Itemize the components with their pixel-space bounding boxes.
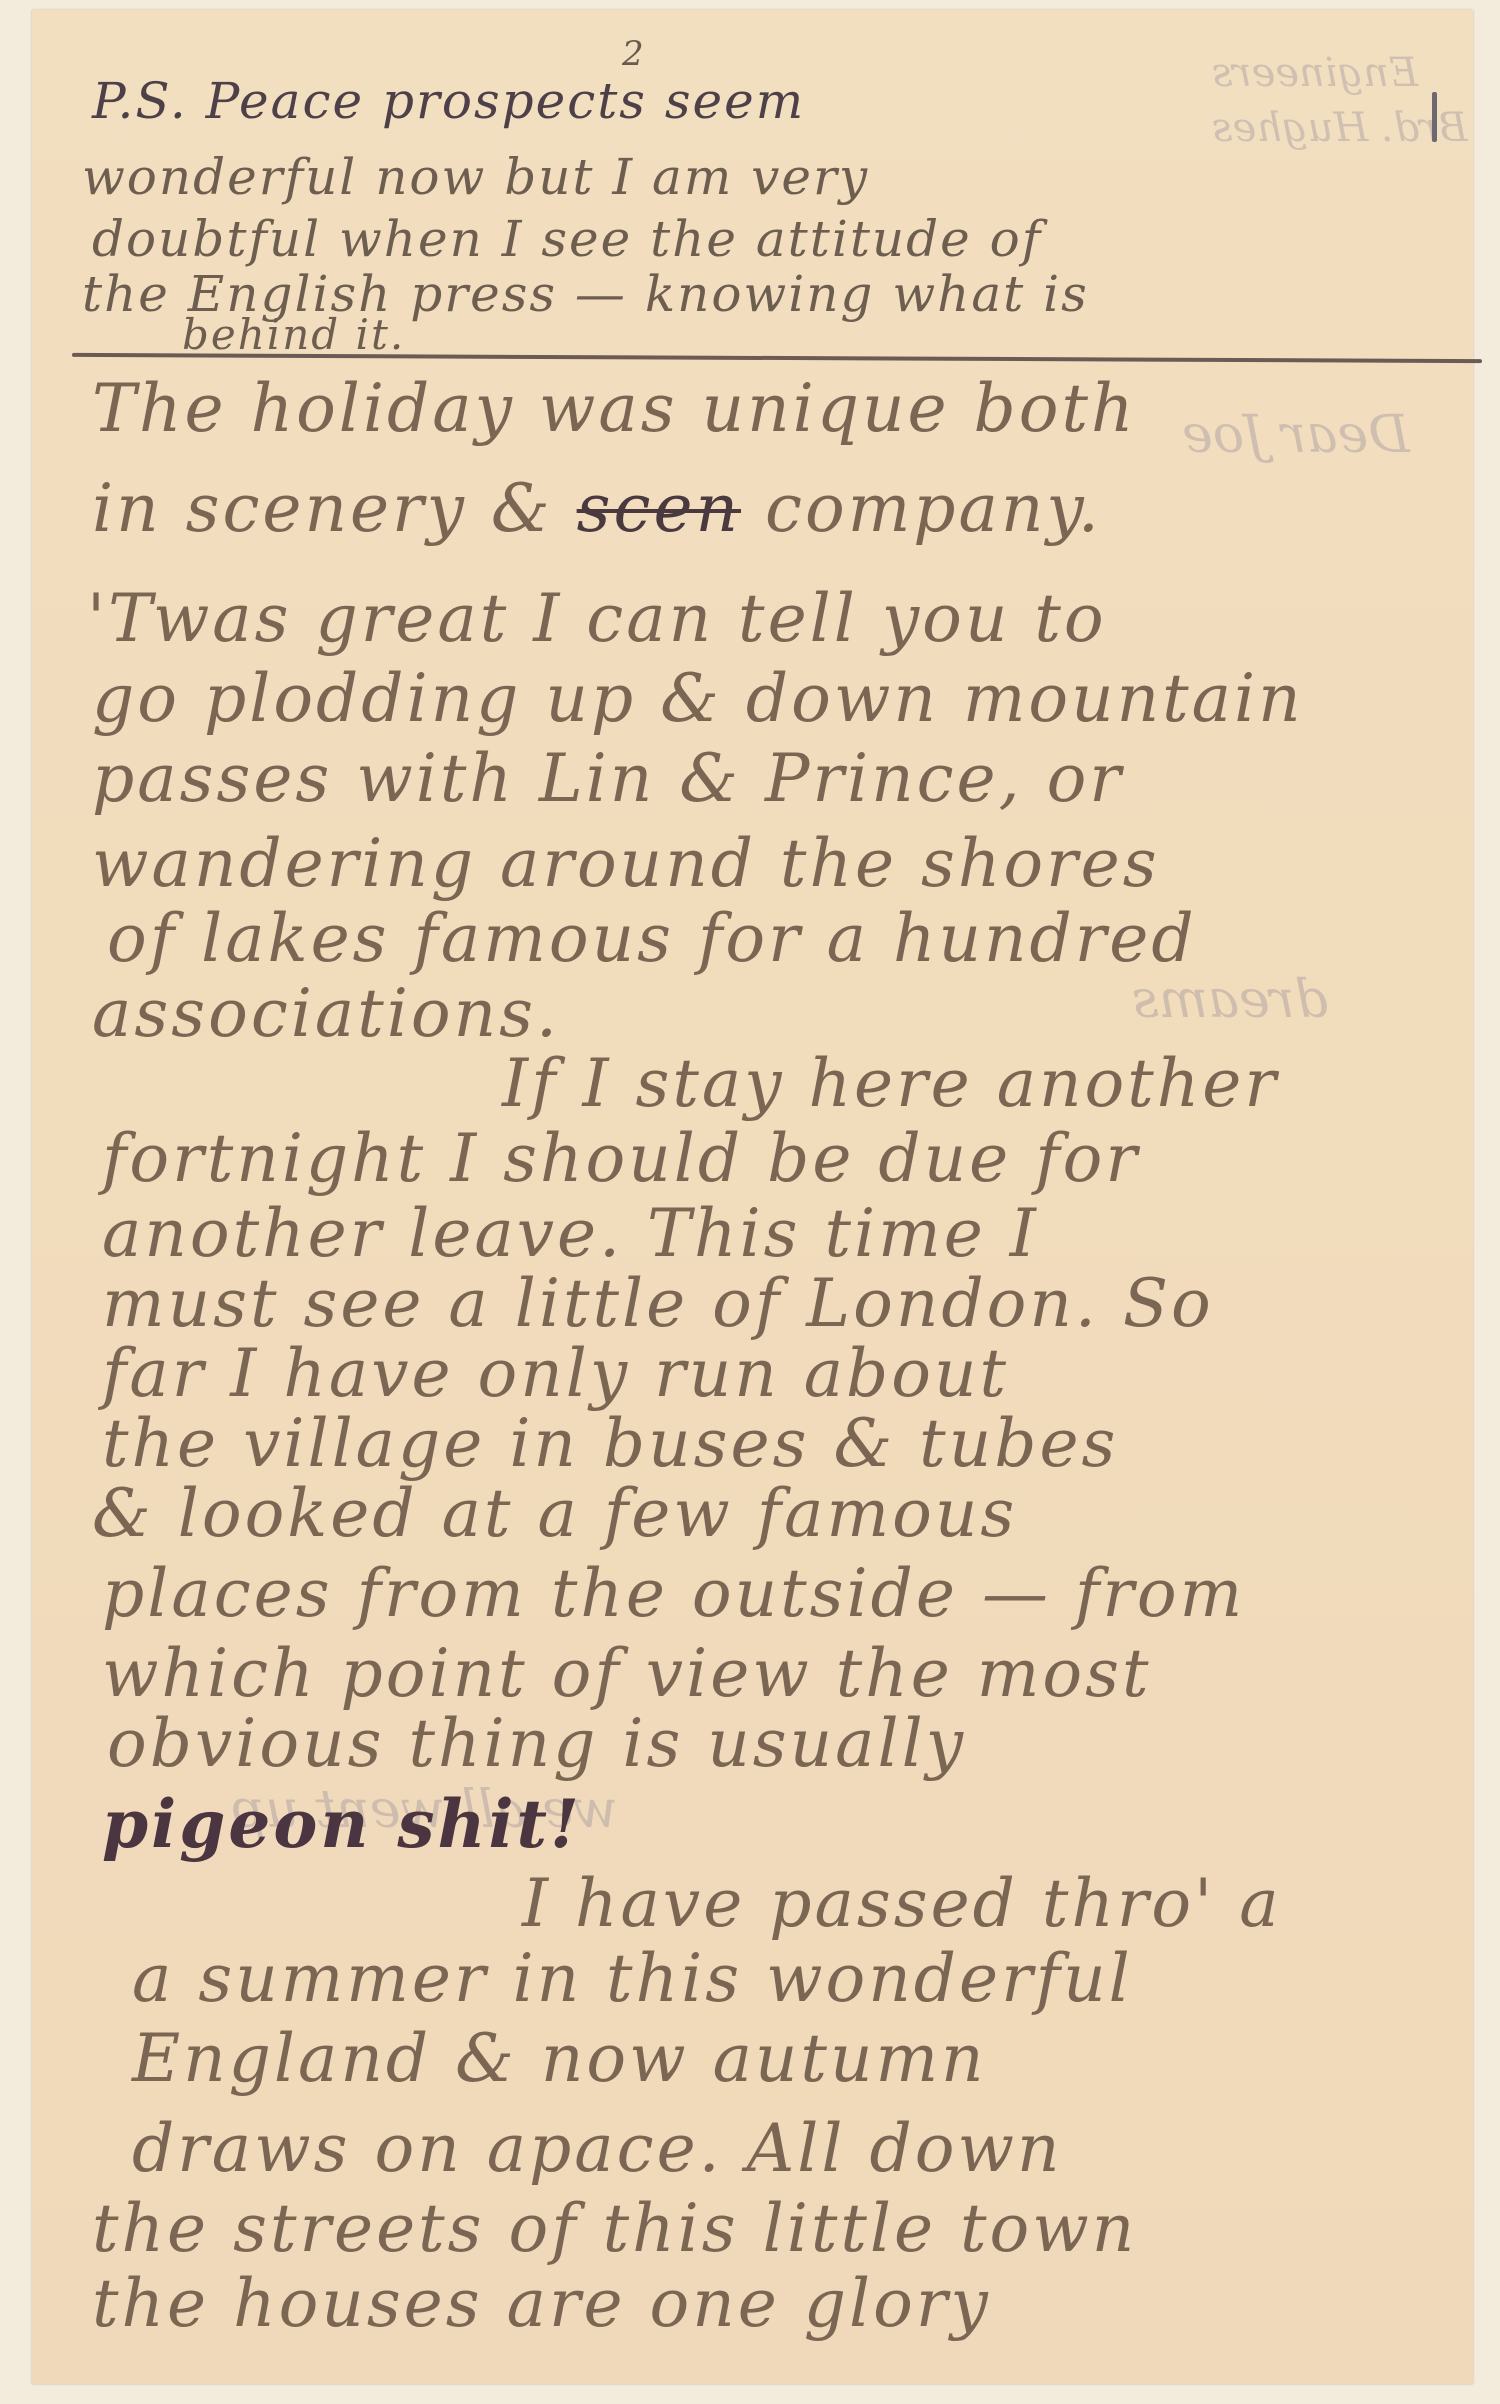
body-line: places from the outside — from — [102, 1555, 1245, 1632]
body-line: passes with Lin & Prince, or — [92, 740, 1124, 817]
body-line: the village in buses & tubes — [102, 1405, 1118, 1482]
body-line: & looked at a few famous — [92, 1475, 1017, 1552]
body-text: company. — [741, 470, 1102, 547]
page-number-mark: 2 — [622, 34, 644, 74]
body-line: pigeon shit! — [102, 1785, 582, 1863]
body-line: in scenery & scen company. — [92, 470, 1102, 547]
ps-line: doubtful when I see the attitude of — [92, 210, 1042, 268]
body-line: far I have only run about — [102, 1335, 1009, 1412]
margin-mark — [1432, 92, 1437, 142]
bleed-through-text: Engineers — [1212, 50, 1418, 96]
body-line: a summer in this wonderful — [132, 1940, 1133, 2017]
letter-page: Engineers Brd. Hughes Dear Joe dreams we… — [32, 10, 1473, 2384]
body-line: fortnight I should be due for — [102, 1120, 1140, 1197]
body-line: associations. — [92, 975, 560, 1052]
body-line: obvious thing is usually — [107, 1705, 966, 1782]
body-line: which point of view the most — [102, 1635, 1152, 1712]
body-line: 'Twas great I can tell you to — [87, 580, 1107, 657]
body-line: another leave. This time I — [102, 1195, 1039, 1272]
ps-line: wonderful now but I am very — [82, 148, 869, 206]
body-line: England & now autumn — [132, 2020, 987, 2097]
body-line: I have passed thro' a — [522, 1865, 1282, 1942]
body-line: must see a little of London. So — [102, 1265, 1214, 1342]
body-text: in scenery & — [92, 470, 577, 547]
bleed-through-text: Brd. Hughes — [1212, 105, 1468, 151]
body-line: draws on apace. All down — [132, 2110, 1062, 2187]
body-line: of lakes famous for a hundred — [107, 900, 1197, 977]
body-line: go plodding up & down mountain — [92, 660, 1304, 737]
ps-line: behind it. — [182, 310, 405, 359]
body-line: the streets of this little town — [92, 2190, 1137, 2267]
body-line: The holiday was unique both — [92, 370, 1137, 447]
struck-word: scen — [577, 470, 741, 547]
body-line: If I stay here another — [502, 1045, 1279, 1122]
bleed-through-text: dreams — [1132, 970, 1328, 1030]
body-line: the houses are one glory — [92, 2265, 991, 2342]
ps-line: P.S. Peace prospects seem — [92, 72, 805, 130]
body-line: wandering around the shores — [92, 825, 1160, 902]
bleed-through-text: Dear Joe — [1182, 405, 1410, 465]
